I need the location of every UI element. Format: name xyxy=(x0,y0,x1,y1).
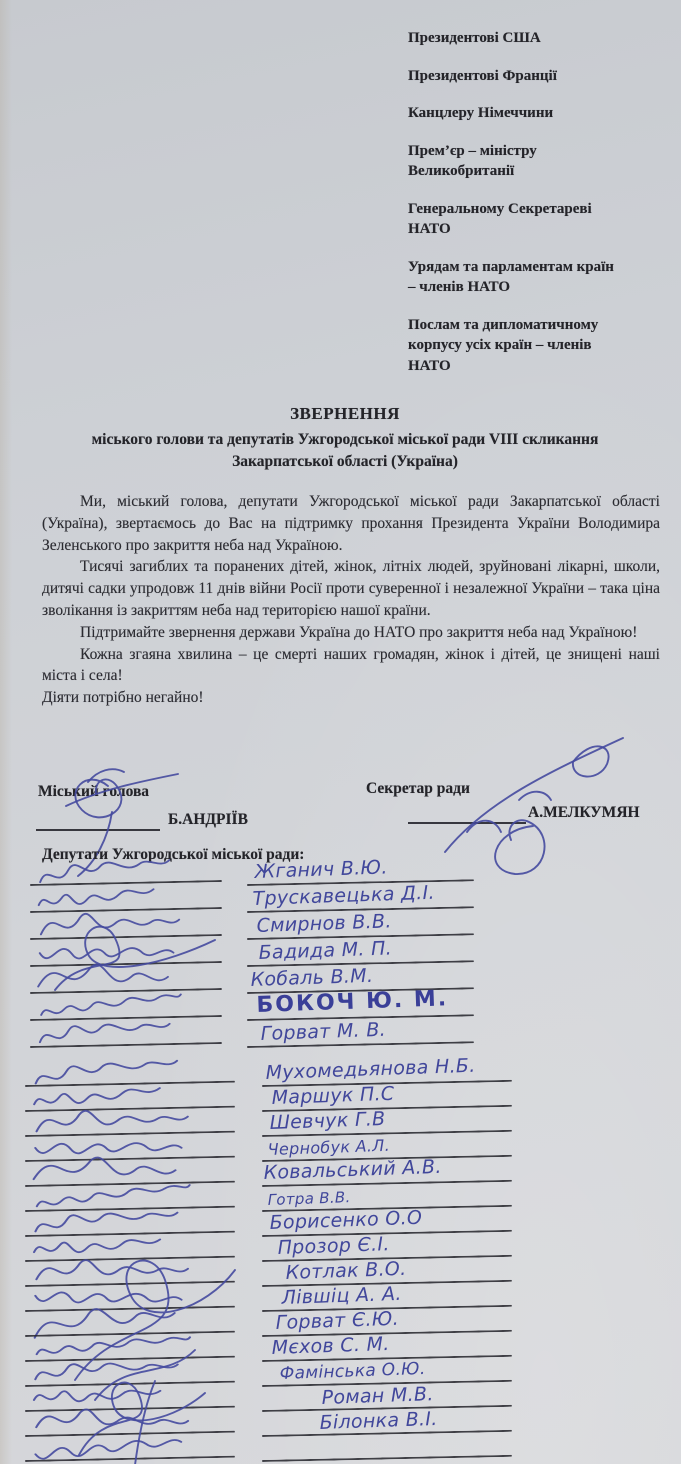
deputy-handwritten-name: Борисенко О.О xyxy=(269,1207,422,1234)
deputy-handwritten-name: Фамінська О.Ю. xyxy=(279,1359,426,1384)
deputy-handwritten-name: Прозор Є.І. xyxy=(277,1233,390,1259)
deputy-name-cell: Ковальський А.В. xyxy=(262,1162,512,1187)
recipient-line: Прем’єр – міністру Великобританії xyxy=(408,141,676,182)
secretary-title: Секретар ради xyxy=(366,780,470,798)
recipient-line: Генеральному Секретареві НАТО xyxy=(408,199,676,240)
title-block: ЗВЕРНЕННЯ міського голови та депутатів У… xyxy=(25,404,665,473)
document-title: ЗВЕРНЕННЯ xyxy=(25,404,665,424)
recipient-line: Послам та дипломатичному корпусу усіх кр… xyxy=(408,315,676,377)
paragraph: Ми, міський голова, депутати Ужгородсько… xyxy=(42,491,660,556)
deputy-name-cell: Трускавецька Д.І. xyxy=(247,886,474,913)
deputy-handwritten-name: Бадида М. П. xyxy=(258,937,392,964)
deputy-handwritten-name: Горват М. В. xyxy=(260,1019,386,1045)
deputy-name-cell: Білонка В.І. xyxy=(262,1412,512,1437)
recipient-line: Президентові США xyxy=(408,28,676,49)
deputy-name-cell: Маршук П.С xyxy=(262,1087,512,1112)
deputy-handwritten-name: Мєхов С. М. xyxy=(271,1333,390,1359)
deputy-name-cell: Смирнов В.В. xyxy=(247,913,474,940)
deputy-name-cell: БОКОЧ Ю. М. xyxy=(247,994,474,1021)
document-photo: Президентові США Президентові Франції Ка… xyxy=(0,0,681,1464)
deputy-name-cell: Шевчук Г.В xyxy=(262,1112,512,1137)
mayor-title: Міський голова xyxy=(38,783,149,801)
deputy-handwritten-name: БОКОЧ Ю. М. xyxy=(256,986,448,1018)
recipient-block: Президентові США Президентові Франції Ка… xyxy=(408,28,676,393)
deputy-handwritten-name: Шевчук Г.В xyxy=(269,1108,386,1134)
deputy-handwritten-name: Лівшіц А. А. xyxy=(281,1283,402,1309)
deputy-handwritten-name: Трускавецька Д.І. xyxy=(252,882,435,910)
document-subtitle: Закарпатської області (Україна) xyxy=(25,451,665,473)
signature-line xyxy=(262,1455,512,1462)
deputy-handwritten-name: Горват Є.Ю. xyxy=(275,1308,399,1334)
recipient-line: Президентові Франції xyxy=(408,66,676,87)
deputy-handwritten-name: Смирнов В.В. xyxy=(256,910,392,937)
recipient-line: Канцлеру Німеччини xyxy=(408,103,676,124)
deputies-signature-group-2: Мухомедьянова Н.Б.Маршук П.СШевчук Г.ВЧе… xyxy=(0,1062,681,1464)
deputy-handwritten-name: Готра В.В. xyxy=(267,1188,350,1209)
deputy-handwritten-name: Жганич В.Ю. xyxy=(254,856,388,883)
deputy-signature-row xyxy=(0,1437,681,1462)
deputy-handwritten-name: Маршук П.С xyxy=(271,1083,395,1109)
deputy-handwritten-name: Кобаль В.М. xyxy=(250,965,373,991)
mayor-name: Б.АНДРІЇВ xyxy=(168,811,248,829)
document-subtitle: міського голови та депутатів Ужгородсько… xyxy=(25,429,665,451)
deputy-handwritten-name: Котлак В.О. xyxy=(285,1258,407,1284)
deputy-handwritten-name: Роман М.В. xyxy=(321,1383,434,1409)
deputy-name-cell xyxy=(262,1437,512,1462)
deputy-name-cell: Жганич В.Ю. xyxy=(247,859,474,886)
deputies-signature-group-1: Жганич В.Ю.Трускавецька Д.І.Смирнов В.В.… xyxy=(0,859,681,1049)
deputy-handwritten-name: Чернобук А.Л. xyxy=(267,1136,390,1159)
recipient-line: Урядам та парламентам країн – членів НАТ… xyxy=(408,257,676,298)
mayor-signature-line xyxy=(36,829,160,831)
paragraph: Підтримайте звернення держави Україна до… xyxy=(42,622,660,644)
paragraph: Кожна згаяна хвилина – це смерті наших г… xyxy=(42,644,660,688)
deputy-name-cell: Роман М.В. xyxy=(262,1387,512,1412)
deputy-signature-cell xyxy=(30,1021,222,1048)
body-text: Ми, міський голова, депутати Ужгородсько… xyxy=(42,491,660,709)
secretary-signature-line xyxy=(408,822,526,824)
deputy-name-cell: Мєхов С. М. xyxy=(262,1337,512,1362)
paragraph: Діяти потрібно негайно! xyxy=(42,687,660,709)
paragraph: Тисячі загиблих та поранених дітей, жіно… xyxy=(42,556,660,621)
deputy-handwritten-name: Білонка В.І. xyxy=(319,1408,438,1434)
deputy-name-cell: Бадида М. П. xyxy=(247,940,474,967)
deputy-signature-row: Горват М. В. xyxy=(0,1021,681,1048)
deputy-name-cell: Фамінська О.Ю. xyxy=(262,1362,512,1387)
deputy-signature-cell xyxy=(25,1437,235,1462)
secretary-name: А.МЕЛКУМЯН xyxy=(528,804,640,822)
signature-scribble-icon xyxy=(34,1015,185,1055)
deputy-name-cell: Горват М. В. xyxy=(247,1021,474,1048)
deputy-handwritten-name: Мухомедьянова Н.Б. xyxy=(265,1055,476,1084)
